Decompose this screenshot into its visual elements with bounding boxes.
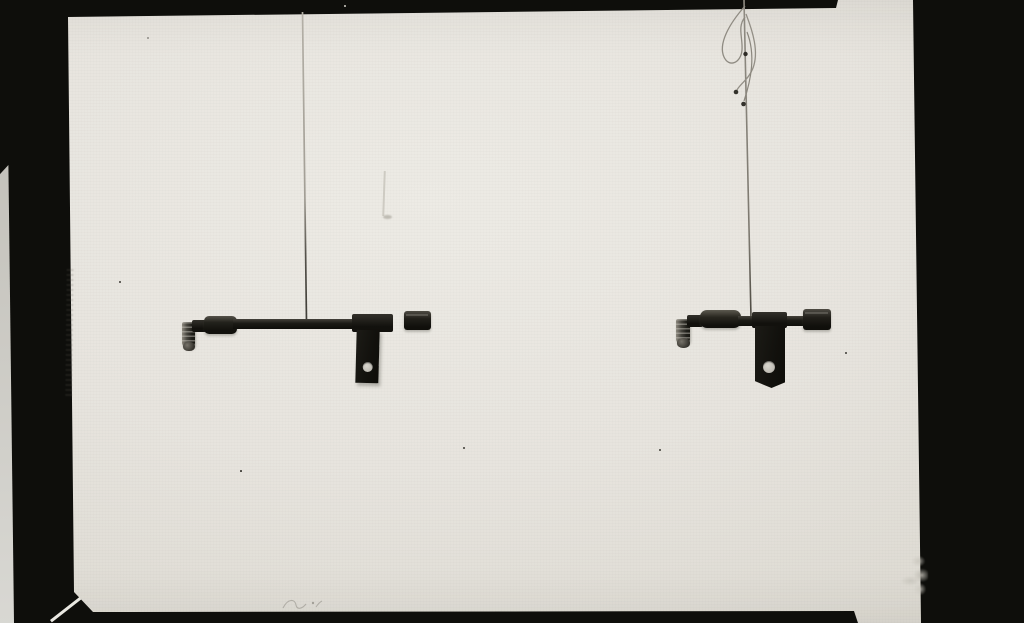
right-end-fitting [803, 309, 831, 330]
dust-speck [659, 449, 661, 451]
scan-edge-sliver [0, 165, 14, 623]
scuff-mark [896, 550, 928, 606]
dust-speck [240, 470, 242, 472]
dust-speck [463, 447, 465, 449]
right-elbow-tip [677, 338, 690, 348]
left-end-fitting-facet [406, 314, 428, 316]
film-edge-marking [65, 268, 73, 396]
dust-speck [147, 37, 149, 39]
left-bracket-hole [363, 362, 373, 372]
left-end-fitting [404, 311, 431, 330]
photograph [0, 0, 1024, 623]
fabric-backdrop [0, 0, 1024, 623]
right-bracket-hole [763, 361, 775, 373]
right-bracket-clamp [752, 312, 787, 328]
dust-speck [344, 5, 346, 7]
dust-speck [845, 352, 847, 354]
smudge-mark [383, 215, 392, 219]
left-elbow-tip [183, 342, 195, 351]
right-mounting-bracket [755, 326, 785, 388]
right-barrel-coupler [700, 310, 741, 328]
right-end-fitting-facet [805, 312, 828, 314]
left-mounting-bracket [355, 330, 379, 384]
dust-speck [119, 281, 121, 283]
